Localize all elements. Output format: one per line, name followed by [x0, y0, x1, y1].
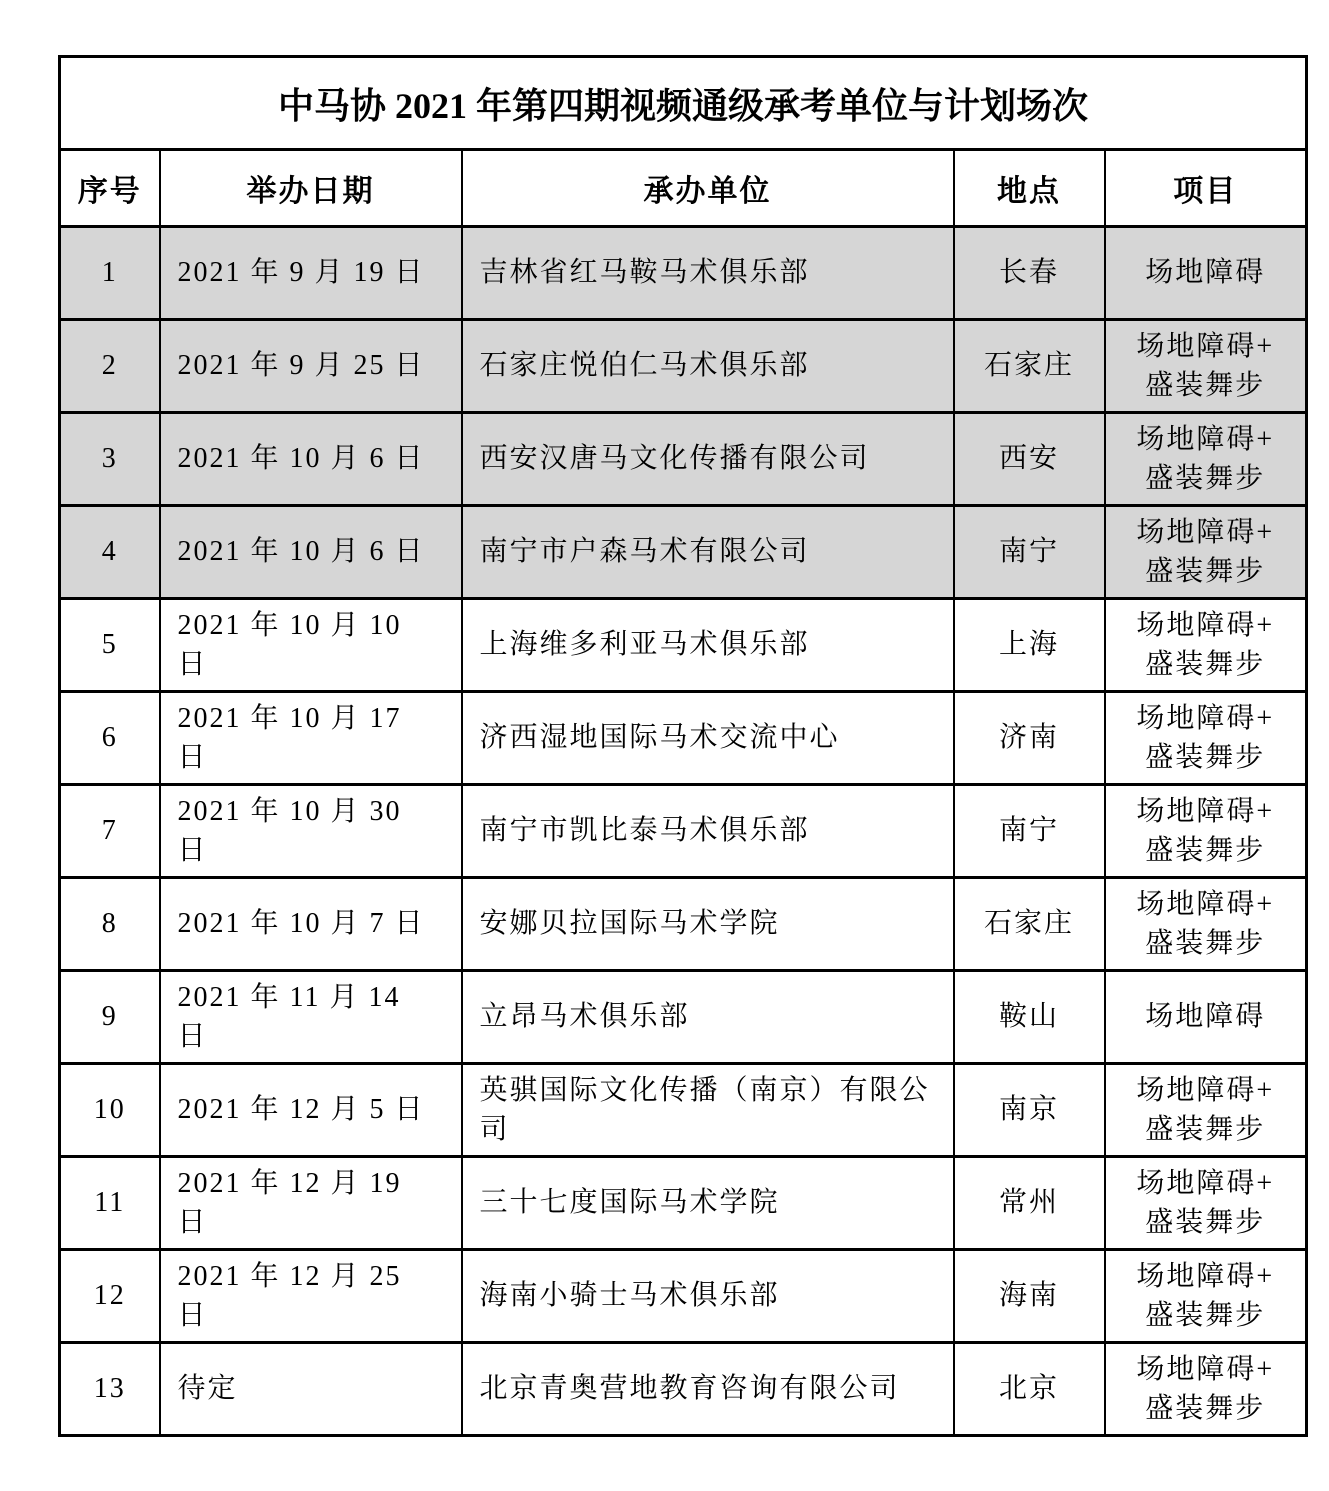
loc-cell: 海南 [954, 1250, 1105, 1343]
date-cell: 2021 年 10 月 10 日 [160, 599, 462, 692]
header-row: 序号 举办日期 承办单位 地点 项目 [60, 150, 1307, 227]
proj-cell: 场地障碍+ 盛装舞步 [1105, 1157, 1307, 1250]
org-cell: 北京青奥营地教育咨询有限公司 [462, 1343, 954, 1436]
loc-cell: 北京 [954, 1343, 1105, 1436]
seq-cell: 3 [60, 413, 160, 506]
proj-cell: 场地障碍+ 盛装舞步 [1105, 878, 1307, 971]
proj-cell: 场地障碍 [1105, 971, 1307, 1064]
seq-cell: 9 [60, 971, 160, 1064]
table-row: 6 2021 年 10 月 17 日 济西湿地国际马术交流中心 济南 场地障碍+… [60, 692, 1307, 785]
org-cell: 西安汉唐马文化传播有限公司 [462, 413, 954, 506]
loc-cell: 南京 [954, 1064, 1105, 1157]
org-cell: 南宁市户森马术有限公司 [462, 506, 954, 599]
table-row: 8 2021 年 10 月 7 日 安娜贝拉国际马术学院 石家庄 场地障碍+ 盛… [60, 878, 1307, 971]
header-seq: 序号 [60, 150, 160, 227]
loc-cell: 常州 [954, 1157, 1105, 1250]
loc-cell: 石家庄 [954, 878, 1105, 971]
document-title: 中马协 2021 年第四期视频通级承考单位与计划场次 [60, 57, 1307, 150]
table-row: 10 2021 年 12 月 5 日 英骐国际文化传播（南京）有限公 司 南京 … [60, 1064, 1307, 1157]
seq-cell: 7 [60, 785, 160, 878]
date-cell: 2021 年 10 月 7 日 [160, 878, 462, 971]
loc-cell: 长春 [954, 227, 1105, 320]
org-cell: 立昂马术俱乐部 [462, 971, 954, 1064]
proj-cell: 场地障碍+ 盛装舞步 [1105, 785, 1307, 878]
seq-cell: 11 [60, 1157, 160, 1250]
table-row: 7 2021 年 10 月 30 日 南宁市凯比泰马术俱乐部 南宁 场地障碍+ … [60, 785, 1307, 878]
proj-cell: 场地障碍+ 盛装舞步 [1105, 413, 1307, 506]
proj-cell: 场地障碍+ 盛装舞步 [1105, 506, 1307, 599]
header-date: 举办日期 [160, 150, 462, 227]
seq-cell: 8 [60, 878, 160, 971]
org-cell: 英骐国际文化传播（南京）有限公 司 [462, 1064, 954, 1157]
org-cell: 石家庄悦伯仁马术俱乐部 [462, 320, 954, 413]
seq-cell: 4 [60, 506, 160, 599]
table-row: 13 待定 北京青奥营地教育咨询有限公司 北京 场地障碍+ 盛装舞步 [60, 1343, 1307, 1436]
seq-cell: 2 [60, 320, 160, 413]
loc-cell: 西安 [954, 413, 1105, 506]
proj-cell: 场地障碍+ 盛装舞步 [1105, 1064, 1307, 1157]
seq-cell: 10 [60, 1064, 160, 1157]
org-cell: 安娜贝拉国际马术学院 [462, 878, 954, 971]
schedule-table: 中马协 2021 年第四期视频通级承考单位与计划场次 序号 举办日期 承办单位 … [58, 55, 1308, 1437]
loc-cell: 济南 [954, 692, 1105, 785]
date-cell: 2021 年 10 月 30 日 [160, 785, 462, 878]
org-cell: 三十七度国际马术学院 [462, 1157, 954, 1250]
org-cell: 南宁市凯比泰马术俱乐部 [462, 785, 954, 878]
header-proj: 项目 [1105, 150, 1307, 227]
loc-cell: 南宁 [954, 785, 1105, 878]
proj-cell: 场地障碍+ 盛装舞步 [1105, 1250, 1307, 1343]
table-row: 9 2021 年 11 月 14 日 立昂马术俱乐部 鞍山 场地障碍 [60, 971, 1307, 1064]
proj-cell: 场地障碍+ 盛装舞步 [1105, 692, 1307, 785]
table-row: 2 2021 年 9 月 25 日 石家庄悦伯仁马术俱乐部 石家庄 场地障碍+ … [60, 320, 1307, 413]
date-cell: 2021 年 12 月 5 日 [160, 1064, 462, 1157]
header-loc: 地点 [954, 150, 1105, 227]
seq-cell: 13 [60, 1343, 160, 1436]
seq-cell: 6 [60, 692, 160, 785]
table-row: 1 2021 年 9 月 19 日 吉林省红马鞍马术俱乐部 长春 场地障碍 [60, 227, 1307, 320]
proj-cell: 场地障碍+ 盛装舞步 [1105, 1343, 1307, 1436]
date-cell: 2021 年 11 月 14 日 [160, 971, 462, 1064]
date-cell: 2021 年 10 月 17 日 [160, 692, 462, 785]
table-row: 3 2021 年 10 月 6 日 西安汉唐马文化传播有限公司 西安 场地障碍+… [60, 413, 1307, 506]
date-cell: 待定 [160, 1343, 462, 1436]
date-cell: 2021 年 10 月 6 日 [160, 413, 462, 506]
seq-cell: 12 [60, 1250, 160, 1343]
date-cell: 2021 年 10 月 6 日 [160, 506, 462, 599]
table-row: 11 2021 年 12 月 19 日 三十七度国际马术学院 常州 场地障碍+ … [60, 1157, 1307, 1250]
loc-cell: 上海 [954, 599, 1105, 692]
table-row: 5 2021 年 10 月 10 日 上海维多利亚马术俱乐部 上海 场地障碍+ … [60, 599, 1307, 692]
proj-cell: 场地障碍+ 盛装舞步 [1105, 599, 1307, 692]
title-row: 中马协 2021 年第四期视频通级承考单位与计划场次 [60, 57, 1307, 150]
seq-cell: 5 [60, 599, 160, 692]
org-cell: 上海维多利亚马术俱乐部 [462, 599, 954, 692]
date-cell: 2021 年 9 月 19 日 [160, 227, 462, 320]
proj-cell: 场地障碍+ 盛装舞步 [1105, 320, 1307, 413]
table-row: 4 2021 年 10 月 6 日 南宁市户森马术有限公司 南宁 场地障碍+ 盛… [60, 506, 1307, 599]
loc-cell: 石家庄 [954, 320, 1105, 413]
org-cell: 济西湿地国际马术交流中心 [462, 692, 954, 785]
date-cell: 2021 年 9 月 25 日 [160, 320, 462, 413]
seq-cell: 1 [60, 227, 160, 320]
date-cell: 2021 年 12 月 25 日 [160, 1250, 462, 1343]
table-row: 12 2021 年 12 月 25 日 海南小骑士马术俱乐部 海南 场地障碍+ … [60, 1250, 1307, 1343]
proj-cell: 场地障碍 [1105, 227, 1307, 320]
document-page: { "title": "中马协 2021 年第四期视频通级承考单位与计划场次",… [0, 0, 1329, 1491]
loc-cell: 南宁 [954, 506, 1105, 599]
date-cell: 2021 年 12 月 19 日 [160, 1157, 462, 1250]
header-org: 承办单位 [462, 150, 954, 227]
loc-cell: 鞍山 [954, 971, 1105, 1064]
org-cell: 吉林省红马鞍马术俱乐部 [462, 227, 954, 320]
org-cell: 海南小骑士马术俱乐部 [462, 1250, 954, 1343]
